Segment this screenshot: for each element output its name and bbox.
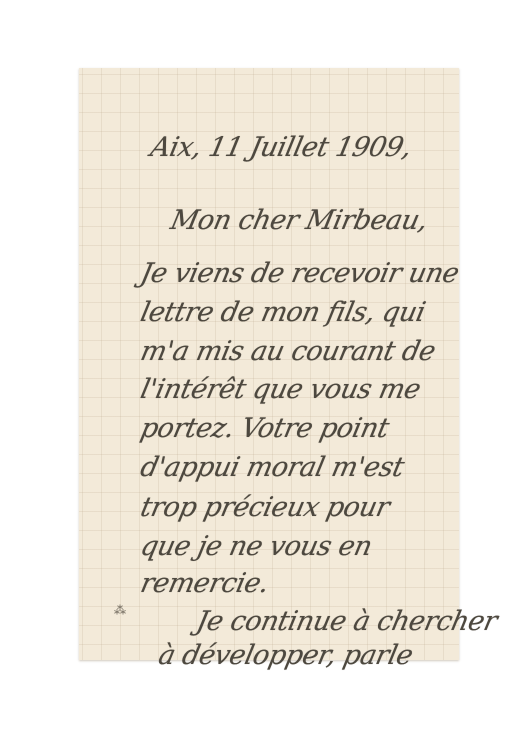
letter-page: Aix, 11 Juillet 1909, Mon cher Mirbeau, … [79, 68, 459, 660]
letter-date-line: Aix, 11 Juillet 1909, [148, 132, 414, 163]
letter-body-line: Je viens de recevoir une [138, 258, 462, 289]
letter-body-line: trop précieux pour [138, 492, 392, 523]
margin-ink-mark: ⁂ [114, 603, 126, 617]
letter-body-line: à développer, parle [156, 640, 416, 671]
letter-body-line: d'appui moral m'est [138, 452, 407, 483]
letter-body-line: m'a mis au courant de [138, 336, 438, 367]
letter-body-line: Je continue à chercher [194, 606, 500, 637]
letter-body-line: lettre de mon fils, qui [138, 297, 428, 328]
letter-body-line: portez. Votre point [138, 413, 392, 444]
letter-body-line: remercie. [138, 568, 272, 599]
letter-body-line: l'intérêt que vous me [138, 374, 423, 405]
letter-salutation: Mon cher Mirbeau, [168, 205, 430, 236]
letter-body-line: que je ne vous en [138, 531, 375, 562]
